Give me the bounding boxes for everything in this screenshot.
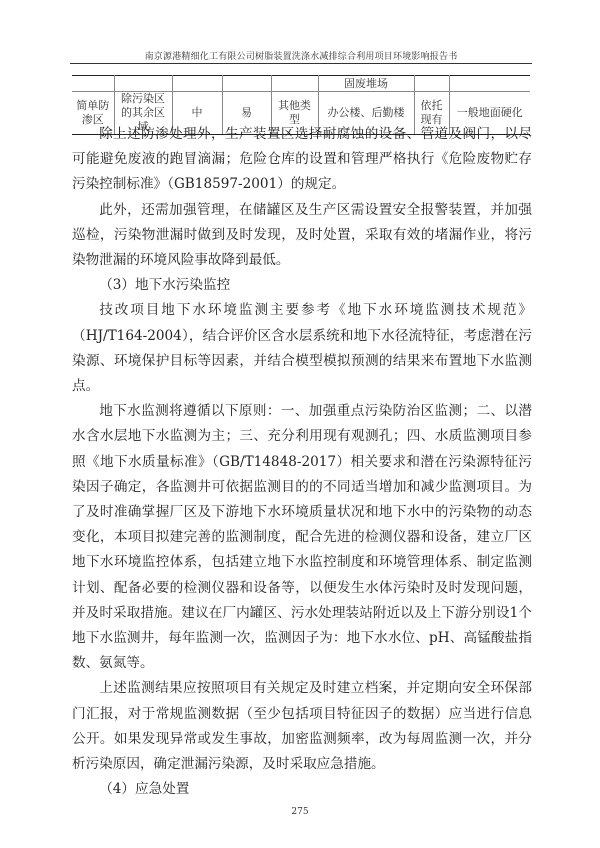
- paragraph: 此外，还需加强管理，在储罐区及生产区需设置安全报警装置，并加强巡检，污染物泄漏时…: [72, 198, 532, 274]
- table-cell: [72, 76, 114, 92]
- paragraph: 技改项目地下水环境监测主要参考《地下水环境监测技术规范》（HJ/T164-200…: [72, 298, 532, 399]
- header-divider: [70, 63, 532, 64]
- table-cell: 固废堆场: [318, 76, 414, 92]
- section-heading: （4）应急处置: [72, 777, 532, 802]
- table-cell: [222, 76, 271, 92]
- page-number: 275: [0, 807, 600, 817]
- document-body: 除上述防渗处理外，生产装置区选择耐腐蚀的设备、管道及阀门，以尽可能避免废液的跑冒…: [72, 122, 532, 802]
- section-heading: （3）地下水污染监控: [72, 273, 532, 298]
- table-cell: [172, 76, 222, 92]
- paragraph: 地下水监测将遵循以下原则：一、加强重点污染防治区监测；二、以潜水含水层地下水监测…: [72, 399, 532, 676]
- paragraph: 上述监测结果应按照项目有关规定及时建立档案，并定期向安全环保部门汇报，对于常规监…: [72, 676, 532, 777]
- table-cell: [414, 76, 449, 92]
- document-header: 南京源港精细化工有限公司树脂装置洗涤水减排综合利用项目环境影响报告书: [72, 49, 530, 62]
- paragraph: 除上述防渗处理外，生产装置区选择耐腐蚀的设备、管道及阀门，以尽可能避免废液的跑冒…: [72, 122, 532, 198]
- table-row: 固废堆场: [72, 76, 530, 92]
- table-cell: [271, 76, 318, 92]
- table-cell: [114, 76, 172, 92]
- table-cell: [449, 76, 530, 92]
